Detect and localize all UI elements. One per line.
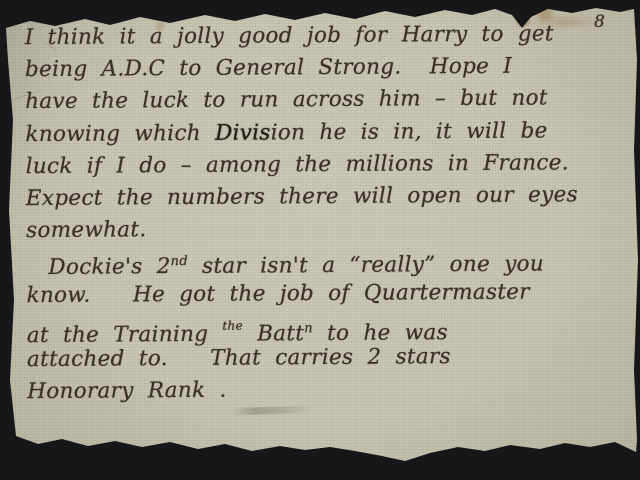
handwritten-line: I think it a jolly good job for Harry to… bbox=[25, 18, 625, 54]
text-segment: somewhat. bbox=[26, 217, 147, 243]
handwritten-line: at the Training the Battn to he was bbox=[27, 308, 627, 344]
pencil-smudge bbox=[232, 406, 310, 416]
text-segment: being A.D.C to General Strong. Hope I bbox=[25, 54, 512, 82]
text-segment: n bbox=[304, 321, 313, 336]
handwritten-line: know. He got the job of Quartermaster bbox=[26, 275, 626, 311]
text-segment: I think it a jolly good job for Harry to… bbox=[25, 21, 554, 50]
text-segment: nd bbox=[171, 254, 188, 269]
text-segment: know. He got the job of Quartermaster bbox=[26, 279, 529, 308]
handwritten-line: being A.D.C to General Strong. Hope I bbox=[25, 50, 625, 86]
text-segment: the bbox=[222, 318, 243, 332]
handwritten-line: luck if I do – among the millions in Fra… bbox=[26, 147, 626, 183]
letter-paper: I think it a jolly good job for Harry to… bbox=[0, 0, 640, 480]
text-segment: knowing which bbox=[25, 120, 215, 146]
handwritten-line: attached to. That carries 2 stars bbox=[27, 340, 627, 376]
handwritten-line: have the luck to run across him – but no… bbox=[25, 82, 625, 118]
text-segment: Divis bbox=[215, 120, 271, 145]
text-segment: Dockie's 2 bbox=[48, 254, 170, 280]
text-segment: have the luck to run across him – but no… bbox=[25, 86, 548, 115]
text-segment: ion he is in, it will be bbox=[271, 118, 548, 145]
handwritten-line: knowing which Division he is in, it will… bbox=[25, 114, 625, 150]
photograph-background: I think it a jolly good job for Harry to… bbox=[0, 0, 640, 480]
handwritten-line: Expect the numbers there will open our e… bbox=[26, 179, 626, 215]
handwritten-line: Honorary Rank . bbox=[27, 372, 627, 408]
handwritten-line: somewhat. bbox=[26, 211, 626, 247]
text-segment: luck if I do – among the millions in Fra… bbox=[26, 150, 569, 179]
text-segment: Expect the numbers there will open our e… bbox=[26, 182, 578, 211]
text-segment: star isn't a “really” one you bbox=[188, 252, 544, 279]
handwritten-line: Dockie's 2nd star isn't a “really” one y… bbox=[48, 243, 626, 279]
text-segment: attached to. That carries 2 stars bbox=[27, 344, 451, 372]
handwritten-note: I think it a jolly good job for Harry to… bbox=[25, 18, 628, 408]
text-segment: Honorary Rank . bbox=[27, 378, 227, 404]
page-number: 8 bbox=[594, 12, 605, 32]
